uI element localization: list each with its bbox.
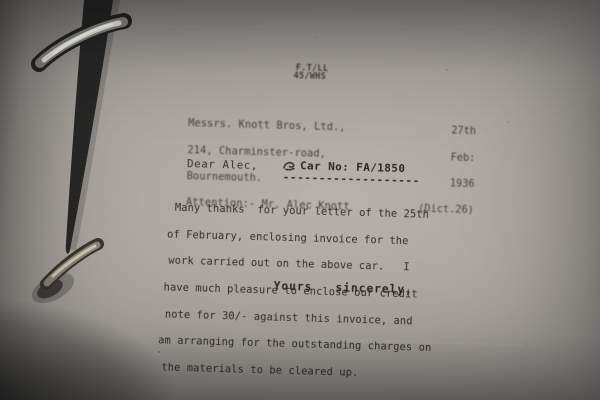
salutation: Dear Alec, <box>187 157 258 172</box>
body-line: of February, enclosing invoice for the <box>167 230 434 246</box>
reference-block: F.T/LL 45/WHS <box>295 64 328 81</box>
dust-specks <box>0 0 2 2</box>
recipient-line: Messrs. Knott Bros, Ltd., <box>188 119 352 132</box>
date-line: Feb: <box>409 152 475 163</box>
body-line: work carried out on the above car. I <box>168 257 433 273</box>
body-line: note for 30/- against this invoice, and <box>165 310 432 326</box>
body-line: Many thanks for your letter of the 25th <box>175 204 435 220</box>
letter-content: F.T/LL 45/WHS Messrs. Knott Bros, Ltd., … <box>143 58 490 327</box>
subject-line: Car No: FA/1850 ------------------- <box>283 159 421 185</box>
subject-underline: ------------------- <box>283 175 420 185</box>
reference-line: 45/WHS <box>293 72 328 81</box>
photo-letter-in-binder: F.T/LL 45/WHS Messrs. Knott Bros, Ltd., … <box>0 0 600 400</box>
body-line: the materials to be cleared up. <box>161 364 430 380</box>
date-line: 27th <box>410 126 476 137</box>
